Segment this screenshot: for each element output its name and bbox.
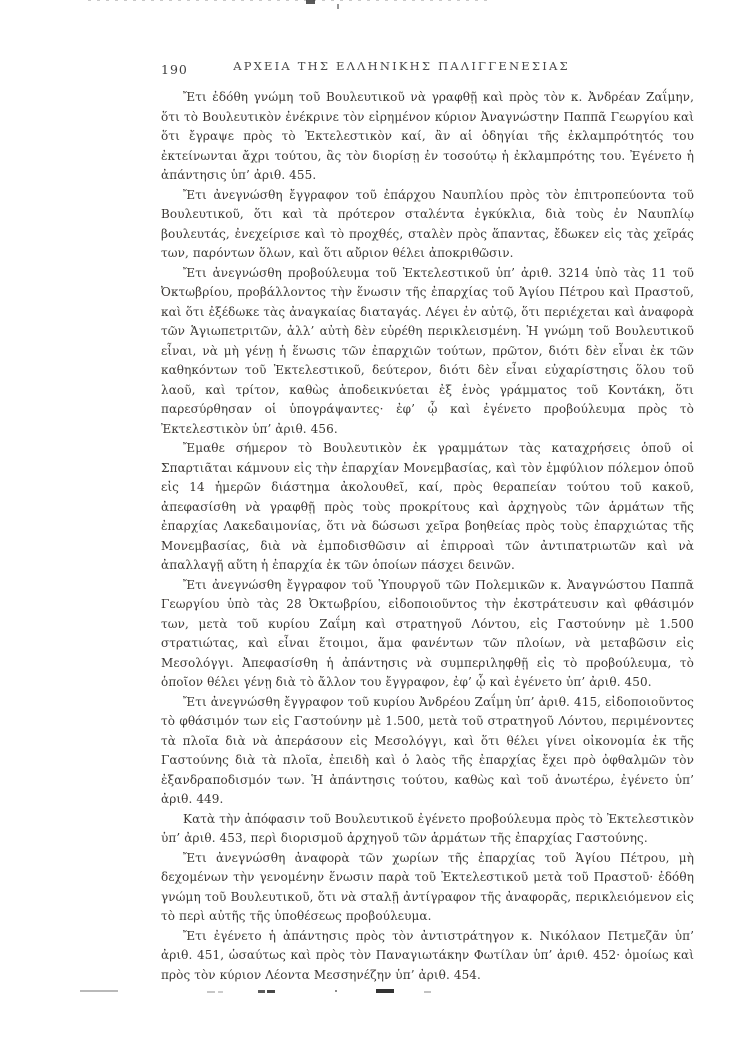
scan-artifact-bottom-line — [80, 990, 118, 992]
scanned-book-page: 190 ΑΡΧΕΙΑ ΤΗΣ ΕΛΛΗΝΙΚΗΣ ΠΑΛΙΓΓΕΝΕΣΙΑΣ Ἔ… — [0, 0, 744, 1052]
scan-artifact-top-blob — [306, 0, 315, 4]
paragraph: Ἔτι ἐδόθη γνώμη τοῦ Βουλευτικοῦ νὰ γραφθ… — [161, 88, 694, 186]
scan-artifact-top-edge — [88, 0, 488, 1]
running-title: ΑΡΧΕΙΑ ΤΗΣ ΕΛΛΗΝΙΚΗΣ ΠΑΛΙΓΓΕΝΕΣΙΑΣ — [135, 59, 668, 73]
page-header: 190 ΑΡΧΕΙΑ ΤΗΣ ΕΛΛΗΝΙΚΗΣ ΠΑΛΙΓΓΕΝΕΣΙΑΣ — [161, 59, 694, 77]
text-block: Ἔτι ἐδόθη γνώμη τοῦ Βουλευτικοῦ νὰ γραφθ… — [161, 88, 694, 985]
scan-artifact-bottom-dot — [335, 990, 337, 992]
paragraph: Ἔτι ἐγένετο ἡ ἀπάντησις πρὸς τὸν ἀντιστρ… — [161, 927, 694, 986]
scan-artifact-bottom-dash — [424, 991, 431, 993]
paragraph: Ἔτι ἀνεγνώσθη ἔγγραφον τοῦ κυρίου Ἀνδρέο… — [161, 693, 694, 810]
paragraph: Ἔτι ἀνεγνώσθη ἔγγραφον τοῦ ἐπάρχου Ναυπλ… — [161, 186, 694, 264]
paragraph: Ἔτι ἀνεγνώσθη ἔγγραφον τοῦ Ὑπουργοῦ τῶν … — [161, 576, 694, 693]
scan-artifact-bottom-blob — [376, 989, 394, 993]
paragraph: Ἔτι ἀνεγνώσθη ἀναφορὰ τῶν χωρίων τῆς ἐπα… — [161, 849, 694, 927]
paragraph: Ἔμαθε σήμερον τὸ Βουλευτικὸν ἐκ γραμμάτω… — [161, 439, 694, 576]
paragraph: Ἔτι ἀνεγνώσθη προβούλευμα τοῦ Ἐκτελεστικ… — [161, 264, 694, 440]
scan-artifact-top-tick — [337, 4, 339, 9]
scan-artifact-bottom-dash — [207, 991, 215, 993]
paragraph: Κατὰ τὴν ἀπόφασιν τοῦ Βουλευτικοῦ ἐγένετ… — [161, 810, 694, 849]
scan-artifact-bottom-dash — [218, 991, 223, 993]
scan-artifact-bottom-dash — [267, 990, 275, 993]
scan-artifact-bottom-dash — [258, 990, 265, 993]
